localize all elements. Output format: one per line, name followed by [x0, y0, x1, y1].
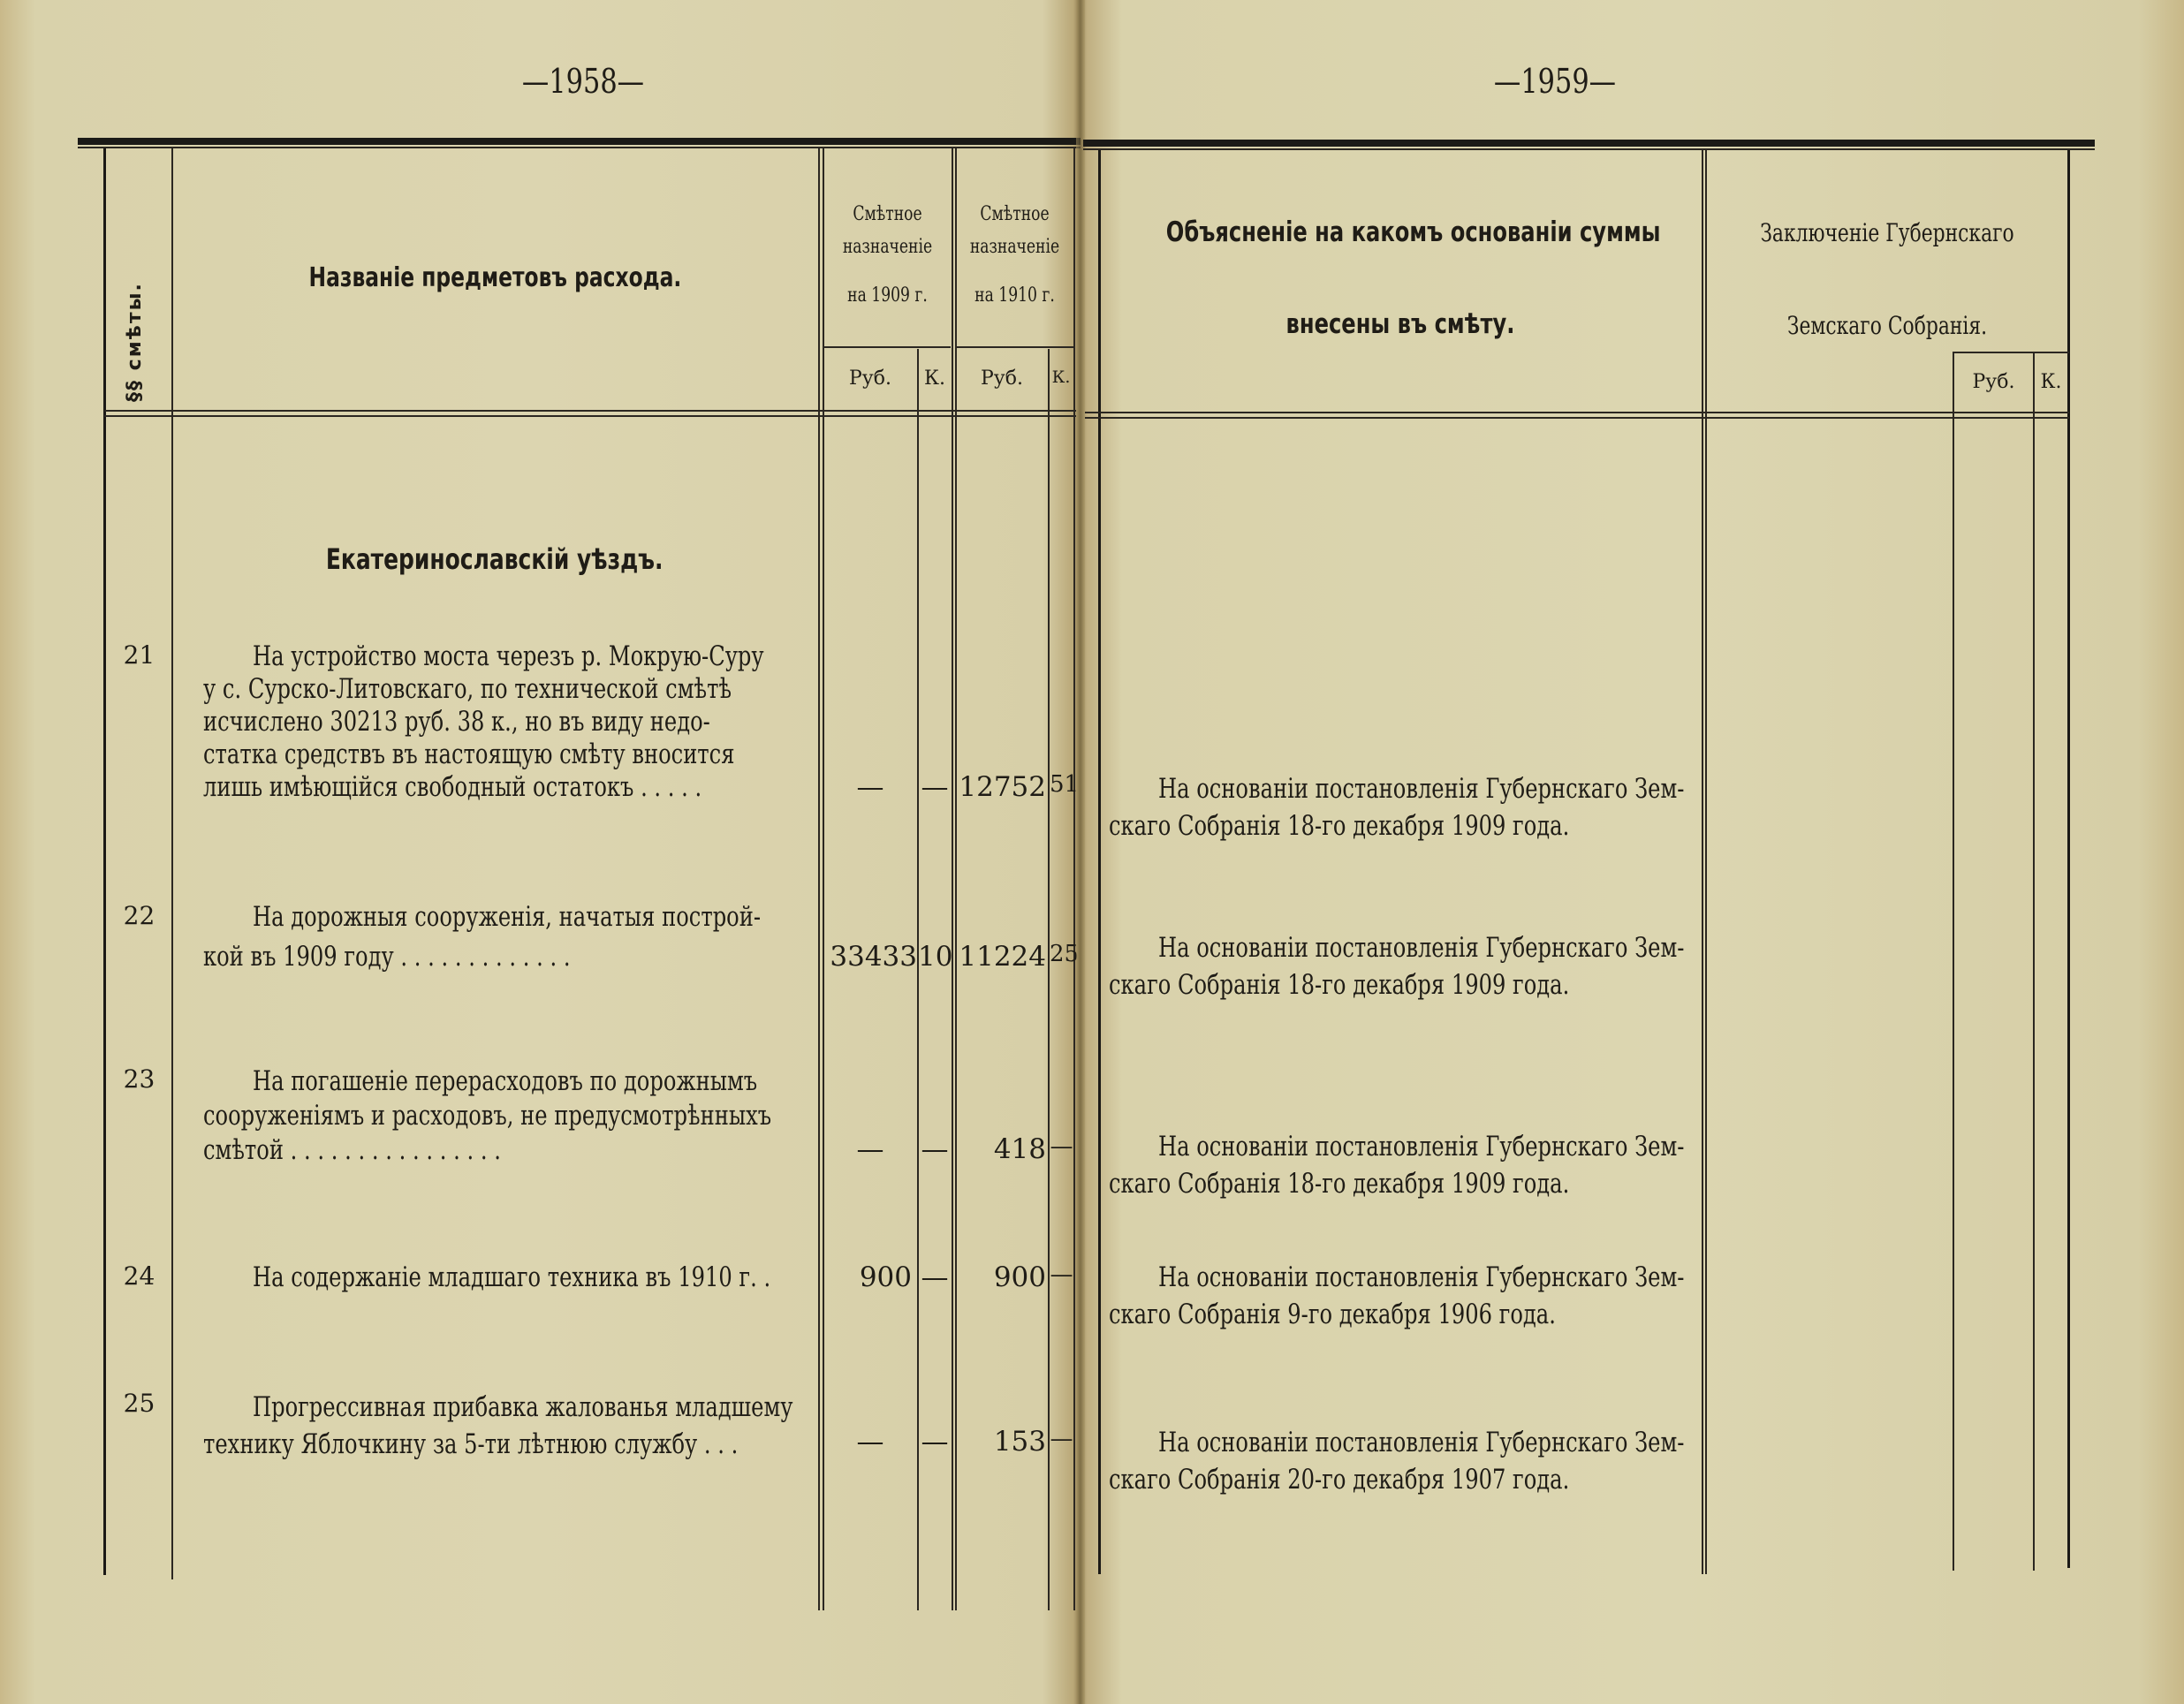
col-divider-rub-conclusion: [1953, 353, 1954, 1571]
header-bottom-line-right-a: [1085, 412, 2069, 413]
header-1910-line2: назначеніе: [969, 223, 1061, 271]
conclusion-column-header: Заключеніе Губернскаго Земскаго Собранія…: [1707, 218, 2067, 340]
header-1909-line3: на 1909 г.: [838, 271, 937, 320]
explanation-row-25: На основаніи постановленія Губернскаго З…: [1109, 1424, 1832, 1498]
subheader-line-1909: [823, 346, 951, 348]
kop-header-1910: К.: [1049, 367, 1073, 387]
rub-1909: —: [823, 1133, 917, 1165]
table-border-right-left: [1073, 148, 1075, 1610]
desc-line: На содержаніе младшаго техника въ 1910 г…: [253, 1261, 770, 1294]
rub-header-1910: Руб.: [956, 367, 1048, 390]
subheader-line-conclusion: [1953, 352, 2069, 353]
desc-line: исчислено 30213 руб. 38 к., но въ виду н…: [203, 706, 753, 738]
explanation-line: скаго Собранія 18-го декабря 1909 года.: [1109, 807, 1673, 844]
desc-line: сооруженіямъ и расходовъ, не предусмотрѣ…: [203, 1099, 771, 1133]
col-divider-kop-1910: [1048, 349, 1050, 1610]
top-rule-left: [78, 138, 1081, 145]
row-number: 24: [106, 1261, 172, 1291]
desc-line: смѣтой . . . . . . . . . . . . . . . .: [203, 1133, 771, 1168]
top-rule-right-thin: [1083, 148, 2095, 150]
desc-line: На устройство моста черезъ р. Мокрую-Сур…: [253, 640, 764, 673]
explanation-line: скаго Собранія 18-го декабря 1909 года.: [1109, 966, 1673, 1003]
explanation-line: На основаніи постановленія Губернскаго З…: [1158, 929, 1684, 966]
col-divider-kop-conclusion: [2033, 353, 2035, 1571]
table-border-left: [103, 148, 106, 1575]
explanation-header-line1: Объясненіе на какомъ основаніи суммы: [1166, 216, 1634, 248]
name-column-header-text: Названіе предметовъ расхода.: [308, 262, 681, 293]
header-1909-line2: назначеніе: [838, 223, 937, 271]
kop-header-1909: К.: [918, 367, 952, 390]
kop-1909: —: [918, 771, 952, 803]
explanation-line: На основаніи постановленія Губернскаго З…: [1158, 1259, 1684, 1296]
row-number: 22: [106, 901, 172, 930]
rub-header-conclusion: Руб.: [1954, 371, 2033, 393]
top-rule-right: [1083, 140, 2095, 147]
desc-line: На погашеніе перерасходовъ по дорожнымъ: [253, 1064, 782, 1099]
kop-1910: —: [1050, 1133, 1073, 1160]
district-heading-text: Екатеринославскій уѣздъ.: [326, 542, 664, 576]
rub-1909: —: [823, 771, 917, 803]
explanation-row-21: На основаніи постановленія Губернскаго З…: [1109, 770, 1832, 844]
row-description: На содержаніе младшаго техника въ 1910 г…: [203, 1261, 916, 1294]
desc-line: Прогрессивная прибавка жалованья младшем…: [253, 1389, 793, 1426]
kop-1910: —: [1050, 1426, 1073, 1452]
explanation-line: На основаніи постановленія Губернскаго З…: [1158, 1424, 1684, 1461]
rub-1909: 900: [823, 1261, 912, 1293]
row-description: На устройство моста черезъ р. Мокрую-Сур…: [203, 640, 908, 804]
row-number: 25: [106, 1389, 172, 1418]
rub-1910: 11224: [956, 941, 1046, 973]
kop-1910: 51: [1050, 771, 1073, 798]
explanation-row-22: На основаніи постановленія Губернскаго З…: [1109, 929, 1832, 1003]
rub-1910: 900: [956, 1261, 1046, 1293]
explanation-line: скаго Собранія 9-го декабря 1906 года.: [1109, 1296, 1673, 1333]
header-1910: Смѣтное назначеніе на 1910 г.: [956, 190, 1073, 320]
explanation-line: скаго Собранія 20-го декабря 1907 года.: [1109, 1461, 1673, 1498]
desc-line: лишь имѣющійся свободный остатокъ . . . …: [203, 771, 753, 804]
rub-1910: 418: [956, 1133, 1046, 1165]
page-number-left: —1958—: [512, 62, 654, 101]
header-1910-line3: на 1910 г.: [969, 271, 1061, 320]
explanation-column-header: Объясненіе на какомъ основаніи суммы вне…: [1100, 216, 1701, 340]
kop-1910: —: [1050, 1261, 1073, 1288]
col-divider-explanation-b: [1705, 150, 1707, 1574]
book-gutter: [1076, 0, 1085, 1704]
conclusion-header-line2: Земскаго Собранія.: [1747, 311, 2028, 340]
kop-1909: —: [918, 1426, 952, 1458]
subheader-line-1910: [957, 346, 1073, 348]
kop-1910: 25: [1050, 941, 1073, 967]
rub-1909: 33433: [823, 941, 917, 973]
col-divider-section: [171, 148, 173, 1579]
row-description: На дорожныя сооруженія, начатыя построй-…: [203, 901, 904, 973]
row-number: 23: [106, 1064, 172, 1094]
header-bottom-line-a: [104, 410, 1076, 412]
explanation-line: На основаніи постановленія Губернскаго З…: [1158, 1128, 1684, 1165]
page-number-right: —1959—: [1484, 62, 1626, 101]
kop-1909: —: [918, 1133, 952, 1165]
kop-header-conclusion: К.: [2035, 371, 2067, 393]
district-heading: Екатеринославскій уѣздъ.: [172, 542, 817, 576]
table-border-right: [2067, 150, 2070, 1568]
explanation-line: На основаніи постановленія Губернскаго З…: [1158, 770, 1684, 807]
section-column-header: §§ смѣты.: [124, 282, 146, 402]
rub-1910: 153: [956, 1426, 1046, 1458]
kop-1909: 10: [918, 941, 952, 973]
conclusion-header-line1: Заключеніе Губернскаго: [1747, 218, 2028, 247]
header-1909: Смѣтное назначеніе на 1909 г.: [823, 190, 952, 320]
top-rule-left-thin: [78, 147, 1081, 148]
table-border-left-right: [1098, 150, 1101, 1574]
header-bottom-line-right-b: [1085, 417, 2069, 419]
row-description: На погашеніе перерасходовъ по дорожнымъ …: [203, 1064, 932, 1168]
desc-line: технику Яблочкину за 5-ти лѣтнюю службу …: [203, 1426, 782, 1463]
desc-line: у с. Сурско-Литовскаго, по технической с…: [203, 673, 753, 706]
explanation-line: скаго Собранія 18-го декабря 1909 года.: [1109, 1165, 1673, 1202]
desc-line: статка средствъ въ настоящую смѣту вноси…: [203, 738, 753, 771]
col-divider-1909-a: [952, 148, 953, 1610]
name-column-header: Названіе предметовъ расхода.: [172, 262, 817, 293]
rub-header-1909: Руб.: [823, 367, 917, 390]
kop-1909: —: [918, 1261, 952, 1293]
col-divider-explanation-a: [1702, 150, 1703, 1574]
row-number: 21: [106, 640, 172, 670]
explanation-row-23: На основаніи постановленія Губернскаго З…: [1109, 1128, 1832, 1202]
desc-line: кой въ 1909 году . . . . . . . . . . . .…: [203, 941, 750, 973]
desc-line: На дорожныя сооруженія, начатыя построй-: [253, 901, 761, 934]
header-bottom-line-b: [104, 415, 1076, 417]
explanation-row-24: На основаніи постановленія Губернскаго З…: [1109, 1259, 1832, 1333]
explanation-header-line2: внесены въ смѣту.: [1166, 308, 1634, 340]
rub-1909: —: [823, 1426, 917, 1458]
rub-1910: 12752: [956, 771, 1046, 803]
